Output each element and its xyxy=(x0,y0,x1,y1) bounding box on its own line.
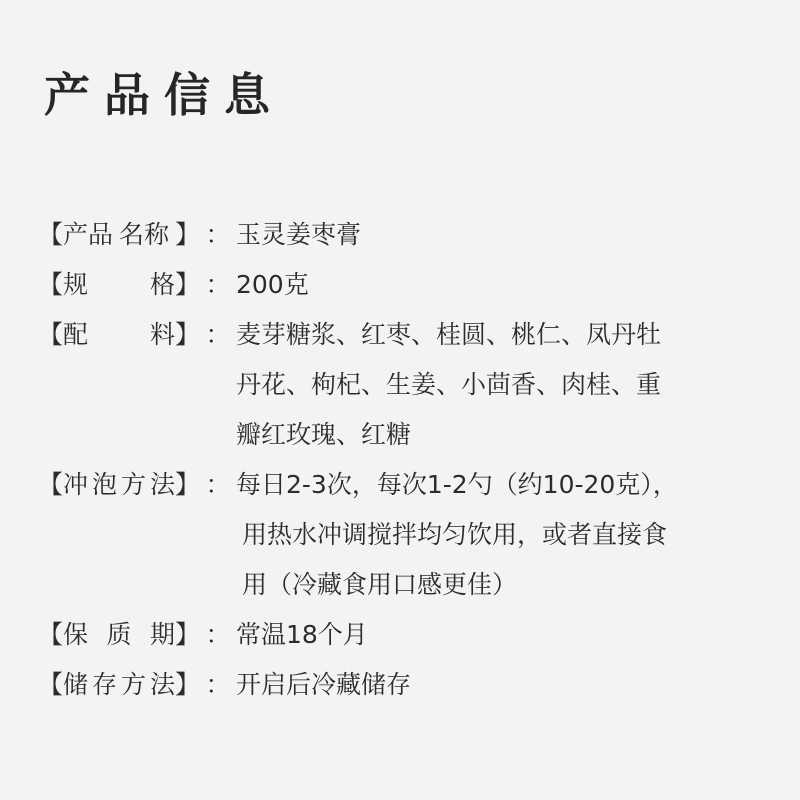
info-value: 玉灵姜枣膏 xyxy=(236,210,778,260)
page-title: 产品信息 xyxy=(44,72,284,118)
info-value: 常温18个月 xyxy=(236,610,778,660)
colon: ： xyxy=(200,210,236,260)
colon: ： xyxy=(200,660,236,710)
info-row-product-name: 【 产品名称 】 ： 玉灵姜枣膏 xyxy=(38,210,778,260)
info-value: 200克 xyxy=(236,260,778,310)
colon: ： xyxy=(200,460,236,610)
info-row-shelf-life: 【 保 质 期 】 ： 常温18个月 xyxy=(38,610,778,660)
info-label: 【 产品名称 】 xyxy=(38,210,200,260)
info-row-storage: 【 储 存 方 法 】 ： 开启后冷藏储存 xyxy=(38,660,778,710)
info-label: 【 规 格 】 xyxy=(38,260,200,310)
colon: ： xyxy=(200,310,236,460)
info-value: 麦芽糖浆、红枣、桂圆、桃仁、凤丹牡 丹花、枸杞、生姜、小茴香、肉桂、重 瓣红玫瑰… xyxy=(236,310,778,460)
info-label: 【 配 料 】 xyxy=(38,310,200,460)
info-label: 【 保 质 期 】 xyxy=(38,610,200,660)
product-info-list: 【 产品名称 】 ： 玉灵姜枣膏 【 规 格 】 ： 200克 【 xyxy=(38,210,778,710)
info-value: 每日2-3次，每次1-2勺（约10-20克）， 用热水冲调搅拌均匀饮用，或者直接… xyxy=(236,460,778,610)
info-label: 【 储 存 方 法 】 xyxy=(38,660,200,710)
colon: ： xyxy=(200,610,236,660)
info-row-brewing-method: 【 冲 泡 方 法 】 ： 每日2-3次，每次1-2勺（约10-20克）， 用热… xyxy=(38,460,778,610)
info-value: 开启后冷藏储存 xyxy=(236,660,778,710)
info-row-spec: 【 规 格 】 ： 200克 xyxy=(38,260,778,310)
info-label: 【 冲 泡 方 法 】 xyxy=(38,460,200,610)
info-row-ingredients: 【 配 料 】 ： 麦芽糖浆、红枣、桂圆、桃仁、凤丹牡 丹花、枸杞、生姜、小茴香… xyxy=(38,310,778,460)
colon: ： xyxy=(200,260,236,310)
